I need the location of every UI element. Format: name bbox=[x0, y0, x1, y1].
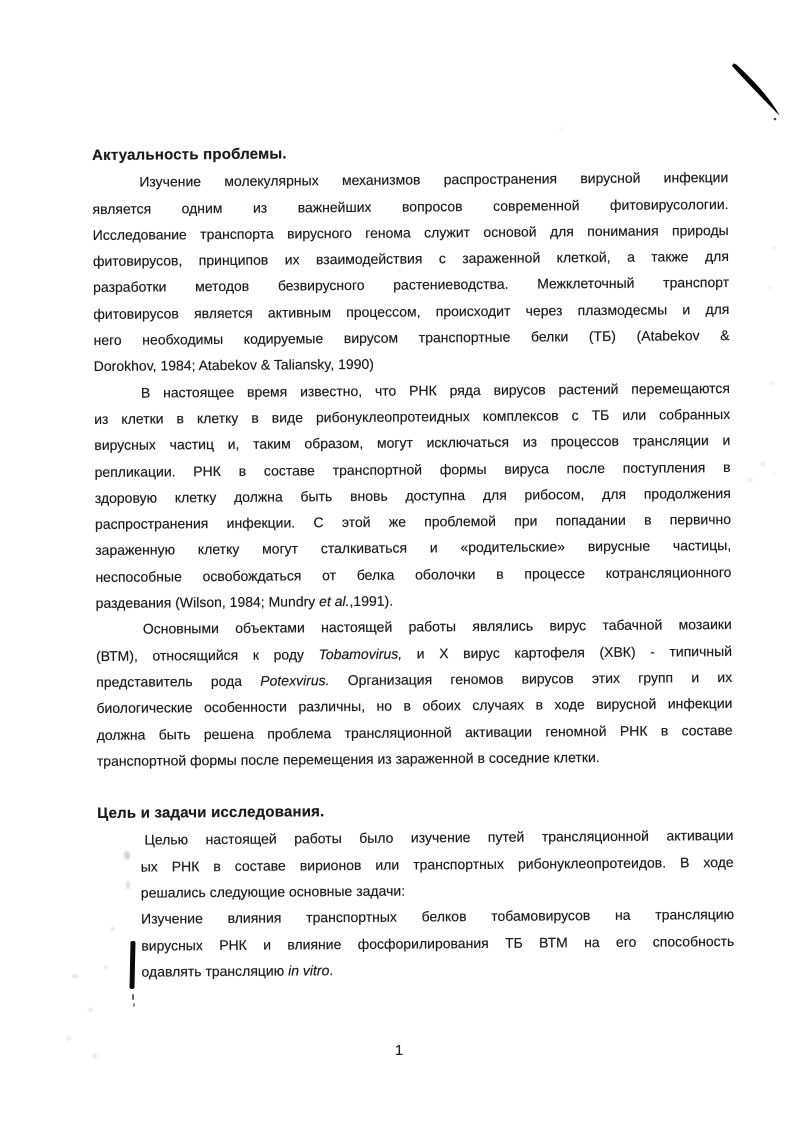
text-segment: вирусных РНК и влияние фосфорилирования … bbox=[141, 933, 734, 954]
text-segment: и Х вирус картофеля (ХВК) - типичный bbox=[402, 643, 732, 662]
text-segment: разработки методов безвирусного растение… bbox=[93, 274, 729, 295]
text-segment: него необходимы кодируемые вирусом транс… bbox=[93, 327, 729, 348]
text-segment: Dorokhov, 1984; Atabekov & Taliansky, 19… bbox=[94, 356, 374, 374]
text-segment: зараженную клетку могут сталкиваться и «… bbox=[95, 537, 731, 558]
text-segment: здоровую клетку должна быть вновь доступ… bbox=[95, 485, 731, 506]
ink-tick-artifact bbox=[133, 1003, 135, 1007]
section-actuality: Актуальность проблемы. Изучение молекуля… bbox=[92, 138, 733, 774]
text-segment: Tobamovirus, bbox=[319, 645, 403, 662]
scan-speck bbox=[104, 966, 108, 969]
text-segment: представитель рода bbox=[96, 673, 260, 690]
scan-speck bbox=[772, 246, 776, 249]
text-line: транспортной формы после перемещения из … bbox=[97, 743, 733, 774]
text-segment: Изучение влияния транспортных белков тоб… bbox=[141, 906, 734, 927]
lines-container: Изучение молекулярных механизмов распрос… bbox=[92, 164, 733, 774]
scan-speck bbox=[560, 128, 563, 131]
text-line: одавлять трансляцию in vitro. bbox=[98, 954, 734, 985]
scan-speck bbox=[110, 927, 115, 931]
scan-speck bbox=[66, 1036, 71, 1041]
text-segment: одавлять трансляцию bbox=[141, 962, 288, 979]
scan-speck bbox=[398, 268, 402, 271]
pen-stroke-speck bbox=[774, 118, 777, 121]
text-segment: (ВТМ), относящийся к роду bbox=[96, 646, 319, 664]
text-segment: транспортной формы после перемещения из … bbox=[97, 749, 600, 769]
scan-speck bbox=[247, 203, 251, 206]
pen-stroke-shape bbox=[732, 64, 780, 116]
text-segment: in vitro bbox=[288, 962, 329, 978]
text-segment: фитовирусов, принципов их взаимодействия… bbox=[93, 248, 729, 269]
ink-tick-artifact bbox=[132, 994, 134, 1000]
text-segment: Изучение молекулярных механизмов распрос… bbox=[139, 169, 728, 190]
scan-speck bbox=[768, 286, 772, 289]
document-page: Актуальность проблемы. Изучение молекуля… bbox=[0, 0, 798, 1132]
lines-container: Целью настоящей работы было изучение пут… bbox=[97, 822, 734, 985]
text-segment: ых РНК в составе вирионов или транспортн… bbox=[141, 854, 734, 875]
text-segment: репликации. РНК в составе транспортной ф… bbox=[95, 459, 731, 480]
text-line: ых РНК в составе вирионов или транспортн… bbox=[98, 849, 734, 880]
text-line: должна быть решена проблема трансляционн… bbox=[97, 717, 733, 748]
page-number: 1 bbox=[0, 1042, 798, 1059]
text-segment: Организация геномов вирусов этих групп и… bbox=[329, 669, 732, 688]
text-segment: решались следующие основные задачи: bbox=[141, 883, 405, 901]
text-segment: ,1991). bbox=[349, 593, 393, 609]
text-segment: вирусных частиц и, таким образом, могут … bbox=[94, 432, 730, 453]
scan-speck bbox=[760, 462, 766, 466]
scan-speck bbox=[772, 472, 776, 475]
text-segment: Potexvirus. bbox=[260, 672, 329, 689]
text-segment: распространения инфекции. С этой же проб… bbox=[95, 511, 731, 532]
scan-speck bbox=[126, 881, 130, 889]
text-segment: Исследование транспорта вирусного генома… bbox=[93, 222, 729, 243]
section-goals: Цель и задачи исследования. Целью настоя… bbox=[97, 796, 734, 985]
ink-bar-artifact bbox=[129, 941, 135, 989]
scan-speck bbox=[770, 382, 774, 385]
text-segment: из клетки в клетку в виде рибонуклеопрот… bbox=[94, 406, 730, 427]
text-segment: Целью настоящей работы было изучение пут… bbox=[144, 827, 733, 848]
text-segment: . bbox=[329, 962, 333, 978]
text-segment: Основными объектами настоящей работы явл… bbox=[143, 616, 732, 637]
text-segment: должна быть решена проблема трансляционн… bbox=[97, 722, 733, 743]
text-segment: является одним из важнейших вопросов сов… bbox=[92, 196, 728, 217]
scan-speck bbox=[124, 851, 130, 860]
text-segment: фитовирусов является активным процессом,… bbox=[93, 301, 729, 322]
scan-speck bbox=[419, 394, 422, 397]
text-segment: et al. bbox=[319, 593, 349, 609]
scan-speck bbox=[72, 974, 78, 978]
scan-speck bbox=[748, 478, 753, 482]
text-segment: неспособные освобождаться от белка оболо… bbox=[95, 564, 731, 585]
text-segment: В настоящее время известно, что РНК ряда… bbox=[141, 380, 730, 401]
text-segment: биологические особенности различны, но в… bbox=[96, 695, 732, 716]
scan-speck bbox=[88, 1008, 93, 1012]
text-line: него необходимы кодируемые вирусом транс… bbox=[93, 322, 729, 353]
text-line: вирусных РНК и влияние фосфорилирования … bbox=[98, 928, 734, 959]
text-segment: раздевания (Wilson, 1984; Mundry bbox=[96, 593, 320, 611]
pen-stroke-artifact bbox=[724, 56, 786, 126]
text-line: неспособные освобождаться от белка оболо… bbox=[95, 559, 731, 590]
scan-content: Актуальность проблемы. Изучение молекуля… bbox=[92, 138, 735, 985]
